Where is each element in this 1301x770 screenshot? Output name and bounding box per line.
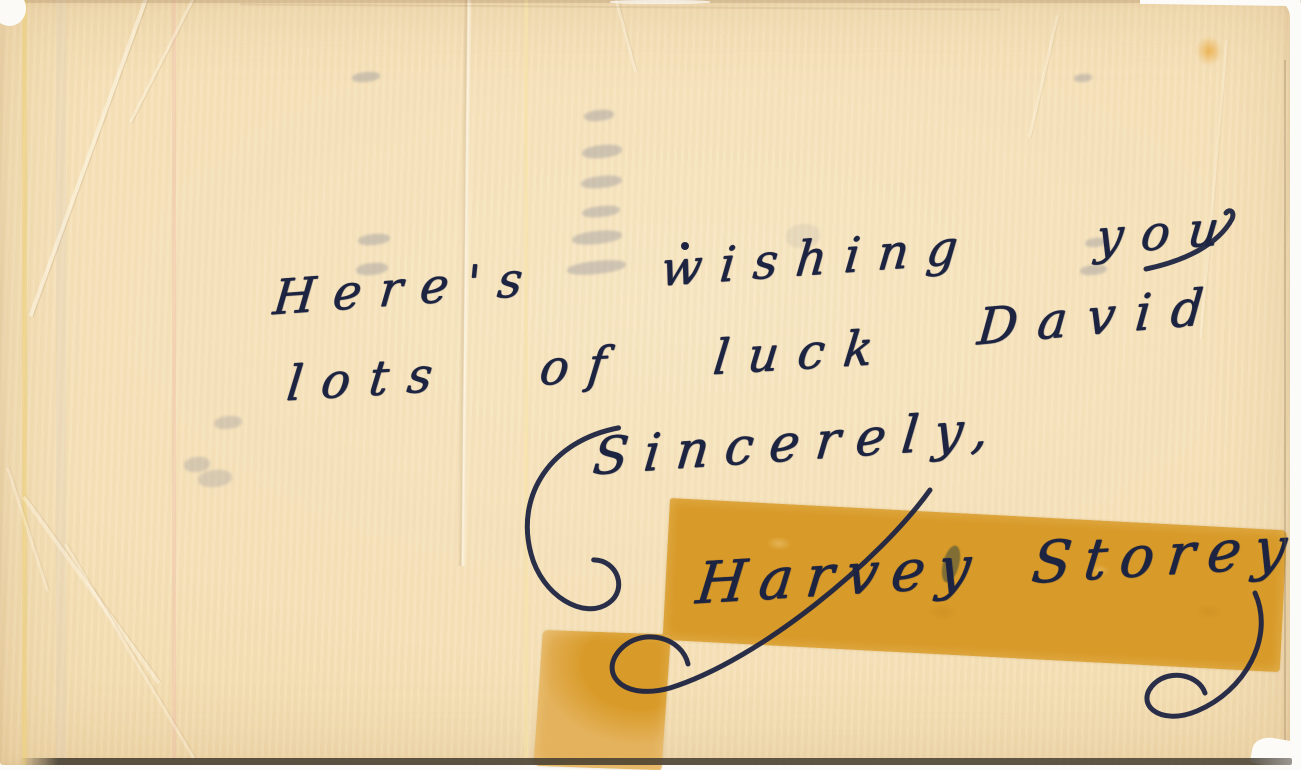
paper-aging-line <box>172 0 176 765</box>
paper-aging-line <box>22 0 27 765</box>
card-bottom-edge-shadow <box>20 758 1292 765</box>
signature-descender-loop <box>560 470 940 710</box>
torn-edge-fleck <box>610 0 710 4</box>
stroke-path <box>612 490 930 691</box>
signature-final-descender-loop <box>1095 585 1285 725</box>
stain-spot <box>1196 36 1222 66</box>
stroke-path <box>1147 593 1261 716</box>
paper-aging-line <box>56 0 66 765</box>
card-right-edge-shade <box>1284 60 1286 740</box>
scanned-postcard-photo: Here's wishing you David lots of luck Si… <box>0 0 1301 770</box>
stroke-path <box>1146 211 1233 269</box>
you-tail-stroke <box>1140 205 1255 275</box>
